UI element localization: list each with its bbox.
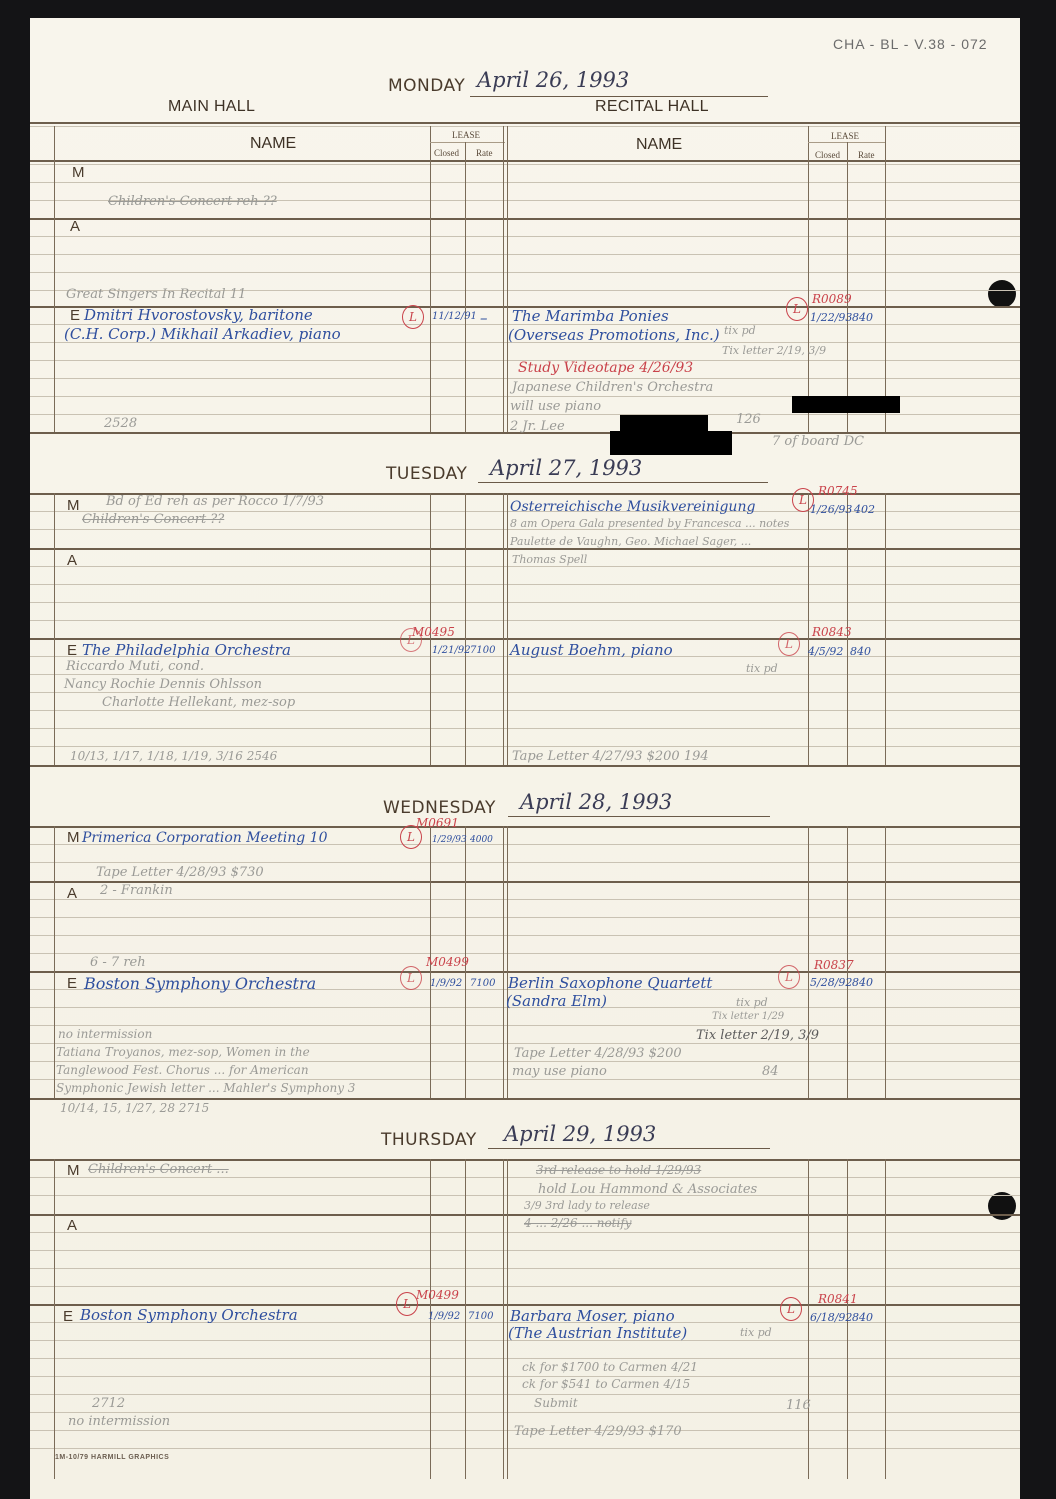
tuesday-main-morning-note: Bd of Ed reh as per Rocco 1/7/93 (106, 494, 324, 509)
redaction-bar (620, 415, 708, 431)
tuesday-main-morning-note: Children's Concert ?? (82, 512, 224, 527)
tuesday-recital-evening-note: tix pd (746, 662, 778, 675)
wednesday-main-rate: 4000 (470, 835, 493, 845)
slot-afternoon: A (67, 885, 77, 902)
wednesday-main-evening-rate: 7100 (470, 978, 495, 989)
lease-mark: L (400, 628, 422, 652)
tuesday-recital-evening-closed: 4/5/92 (808, 645, 843, 658)
monday-main-event: Dmitri Hvorostovsky, baritone (84, 306, 313, 324)
slot-evening: E (63, 1308, 73, 1325)
wednesday-recital-note: 84 (762, 1064, 779, 1079)
thursday-recital-tix-pd: tix pd (740, 1326, 772, 1339)
tuesday-main-note: Charlotte Hellekant, mez-sop (102, 695, 295, 710)
monday-main-note: 2528 (104, 416, 137, 431)
thursday-main-note: 2712 (92, 1396, 125, 1411)
wednesday-main-note: Tanglewood Fest. Chorus ... for American (56, 1063, 309, 1077)
tuesday-recital-closed: 1/26/93 (810, 503, 852, 516)
monday-recital-event: The Marimba Ponies (512, 307, 669, 325)
tuesday-main-rate: 7100 (470, 645, 495, 656)
monday-recital-closed: 1/22/93 (810, 311, 852, 324)
monday-recital-note: 7 of board DC (772, 434, 864, 449)
monday-main-event-line2: (C.H. Corp.) Mikhail Arkadiev, piano (64, 325, 341, 343)
tuesday-recital-note: Thomas Spell (512, 553, 587, 566)
slot-afternoon: A (70, 218, 80, 235)
recital-hall-label: RECITAL HALL (595, 98, 709, 116)
tuesday-main-closed: 1/21/92 (432, 645, 471, 656)
main-lease-header: LEASE (452, 130, 480, 140)
tuesday-main-event: The Philadelphia Orchestra (82, 641, 291, 659)
monday-recital-rate: 840 (852, 311, 873, 324)
thursday-recital-note: ck for $541 to Carmen 4/15 (522, 1377, 690, 1391)
monday-recital-red-note: Study Videotape 4/26/93 (518, 360, 693, 376)
wednesday-main-closed: 1/29/93 (432, 835, 467, 845)
wednesday-main-morning-note: Tape Letter 4/28/93 $730 (96, 865, 264, 880)
wednesday-recital-closed: 5/28/92 (810, 976, 852, 989)
wednesday-recital-note: Tape Letter 4/28/93 $200 (514, 1046, 682, 1061)
tuesday-recital-note: Paulette de Vaughn, Geo. Michael Sager, … (510, 535, 751, 548)
tuesday-main-note: Nancy Rochie Dennis Ohlsson (64, 677, 262, 692)
monday-main-morning-note: Children's Concert reh ?? (108, 194, 277, 209)
wednesday-main-note: Tatiana Troyanos, mez-sop, Women in the (56, 1045, 310, 1059)
thursday-recital-morning-note: 3/9 3rd lady to release (524, 1199, 650, 1212)
slot-morning: M (67, 1162, 80, 1179)
slot-morning: M (67, 829, 80, 846)
date-underline (508, 816, 770, 817)
redaction-bar (792, 396, 900, 413)
tuesday-recital-lease-code: R0745 (818, 484, 858, 498)
lease-mark: L (402, 305, 424, 329)
thursday-recital-note: ck for $1700 to Carmen 4/21 (522, 1360, 698, 1374)
slot-evening: E (67, 642, 77, 659)
tuesday-recital-note: 8 am Opera Gala presented by Francesca .… (510, 517, 789, 530)
wednesday-recital-tix-pd: tix pd (736, 996, 768, 1009)
wednesday-main-morning-note: 2 - Frankin (100, 883, 173, 898)
lease-mark: L (780, 1297, 802, 1321)
date-monday: April 26, 1993 (477, 68, 629, 92)
slot-morning: M (67, 497, 80, 514)
date-underline (478, 482, 768, 483)
wednesday-recital-tix-letter: Tix letter 2/19, 3/9 (696, 1028, 819, 1043)
date-tuesday: April 27, 1993 (490, 456, 642, 480)
wednesday-main-evening-closed: 1/9/92 (430, 978, 462, 989)
thursday-main-note: no intermission (68, 1414, 170, 1429)
slot-afternoon: A (67, 552, 77, 569)
tuesday-main-note: Riccardo Muti, cond. (66, 659, 204, 674)
thursday-main-lease-code: M0499 (416, 1288, 459, 1302)
monday-recital-note: 126 (736, 412, 761, 427)
thursday-recital-event: Barbara Moser, piano (510, 1307, 675, 1325)
thursday-recital-event-line2: (The Austrian Institute) (508, 1324, 687, 1342)
main-closed-header: Closed (434, 148, 459, 158)
printer-imprint: 1M-10/79 HARMILL GRAPHICS (55, 1454, 169, 1461)
monday-recital-tix-pd: tix pd (724, 324, 756, 337)
wednesday-recital-note: may use piano (512, 1064, 607, 1079)
main-rate-header: Rate (476, 148, 493, 158)
wednesday-recital-event-line2: (Sandra Elm) (506, 992, 607, 1010)
wednesday-recital-tix-letter: Tix letter 1/29 (712, 1011, 784, 1022)
date-underline (470, 96, 768, 97)
day-title-monday: MONDAY (388, 76, 465, 96)
monday-recital-tix-letter: Tix letter 2/19, 3/9 (722, 344, 826, 357)
wednesday-main-evening-lease-code: M0499 (426, 955, 469, 969)
archive-id: CHA - BL - V.38 - 072 (833, 36, 988, 52)
date-underline (488, 1148, 770, 1149)
lease-mark: L (778, 632, 800, 656)
thursday-recital-lease-code: R0841 (818, 1292, 858, 1306)
lease-mark: L (400, 825, 422, 849)
monday-main-evening-pre: Great Singers In Recital 11 (66, 287, 246, 302)
date-thursday: April 29, 1993 (504, 1122, 656, 1146)
thursday-recital-morning-note: 4 ... 2/26 ... notify (524, 1216, 632, 1230)
monday-recital-lease-code: R0089 (812, 292, 852, 306)
main-hall-label: MAIN HALL (168, 98, 255, 116)
lease-mark: L (396, 1292, 418, 1316)
wednesday-main-note: no intermission (58, 1027, 152, 1041)
tuesday-recital-morning-event: Osterreichische Musikvereinigung (510, 499, 755, 515)
slot-afternoon: A (67, 1217, 77, 1234)
wednesday-recital-lease-code: R0837 (814, 958, 854, 972)
thursday-recital-note: Submit (534, 1396, 578, 1410)
day-title-wednesday: WEDNESDAY (383, 798, 496, 818)
lease-mark: L (786, 297, 808, 321)
tuesday-recital-evening-rate: 840 (850, 645, 871, 658)
thursday-recital-note: 116 (786, 1398, 811, 1413)
thursday-main-morning-note: Children's Concert ... (88, 1162, 229, 1177)
tuesday-recital-evening-event: August Boehm, piano (510, 641, 673, 659)
thursday-recital-note: Tape Letter 4/29/93 $170 (514, 1424, 682, 1439)
day-title-thursday: THURSDAY (381, 1130, 477, 1150)
monday-recital-event-line2: (Overseas Promotions, Inc.) (508, 326, 720, 344)
wednesday-main-morning-event: Primerica Corporation Meeting 10 (82, 830, 327, 846)
thursday-recital-morning-note: 3rd release to hold 1/29/93 (536, 1163, 701, 1177)
thursday-main-closed: 1/9/92 (428, 1311, 460, 1322)
monday-recital-note: 2 Jr. Lee (510, 419, 565, 434)
recital-lease-header: LEASE (831, 131, 859, 141)
thursday-recital-morning-note: hold Lou Hammond & Associates (538, 1182, 757, 1197)
thursday-main-event: Boston Symphony Orchestra (80, 1306, 298, 1324)
slot-morning: M (72, 164, 85, 181)
wednesday-main-lease-code: M0691 (416, 816, 459, 830)
monday-main-closed: 11/12/91 (432, 311, 477, 322)
monday-recital-note: Japanese Children's Orchestra (512, 380, 713, 395)
recital-closed-header: Closed (815, 150, 840, 160)
main-name-header: NAME (250, 135, 296, 153)
thursday-main-rate: 7100 (468, 1311, 493, 1322)
lease-mark: L (778, 965, 800, 989)
slot-evening: E (67, 975, 77, 992)
wednesday-recital-event: Berlin Saxophone Quartett (508, 974, 712, 992)
tuesday-recital-rate: 402 (854, 503, 875, 516)
monday-recital-note: will use piano (510, 399, 601, 414)
wednesday-main-event: Boston Symphony Orchestra (84, 974, 316, 993)
wednesday-main-note: Symphonic Jewish letter ... Mahler's Sym… (56, 1081, 355, 1095)
wednesday-main-evening-pre: 6 - 7 reh (90, 955, 146, 970)
tuesday-recital-evening-lease-code: R0843 (812, 625, 852, 639)
wednesday-main-note: 10/14, 15, 1/27, 28 2715 (60, 1101, 209, 1115)
tuesday-main-note: 10/13, 1/17, 1/18, 1/19, 3/16 2546 (70, 749, 277, 763)
thursday-recital-rate: 840 (852, 1311, 873, 1324)
redaction-bar (610, 431, 732, 455)
wednesday-recital-rate: 840 (852, 976, 873, 989)
date-wednesday: April 28, 1993 (520, 790, 672, 814)
day-title-tuesday: TUESDAY (386, 464, 467, 484)
tuesday-recital-evening-note: Tape Letter 4/27/93 $200 194 (512, 749, 709, 764)
monday-main-rate: – (480, 309, 488, 327)
recital-rate-header: Rate (858, 150, 875, 160)
thursday-recital-closed: 6/18/92 (810, 1311, 852, 1324)
lease-mark: L (400, 966, 422, 990)
recital-name-header: NAME (636, 136, 682, 154)
slot-evening: E (70, 307, 80, 324)
